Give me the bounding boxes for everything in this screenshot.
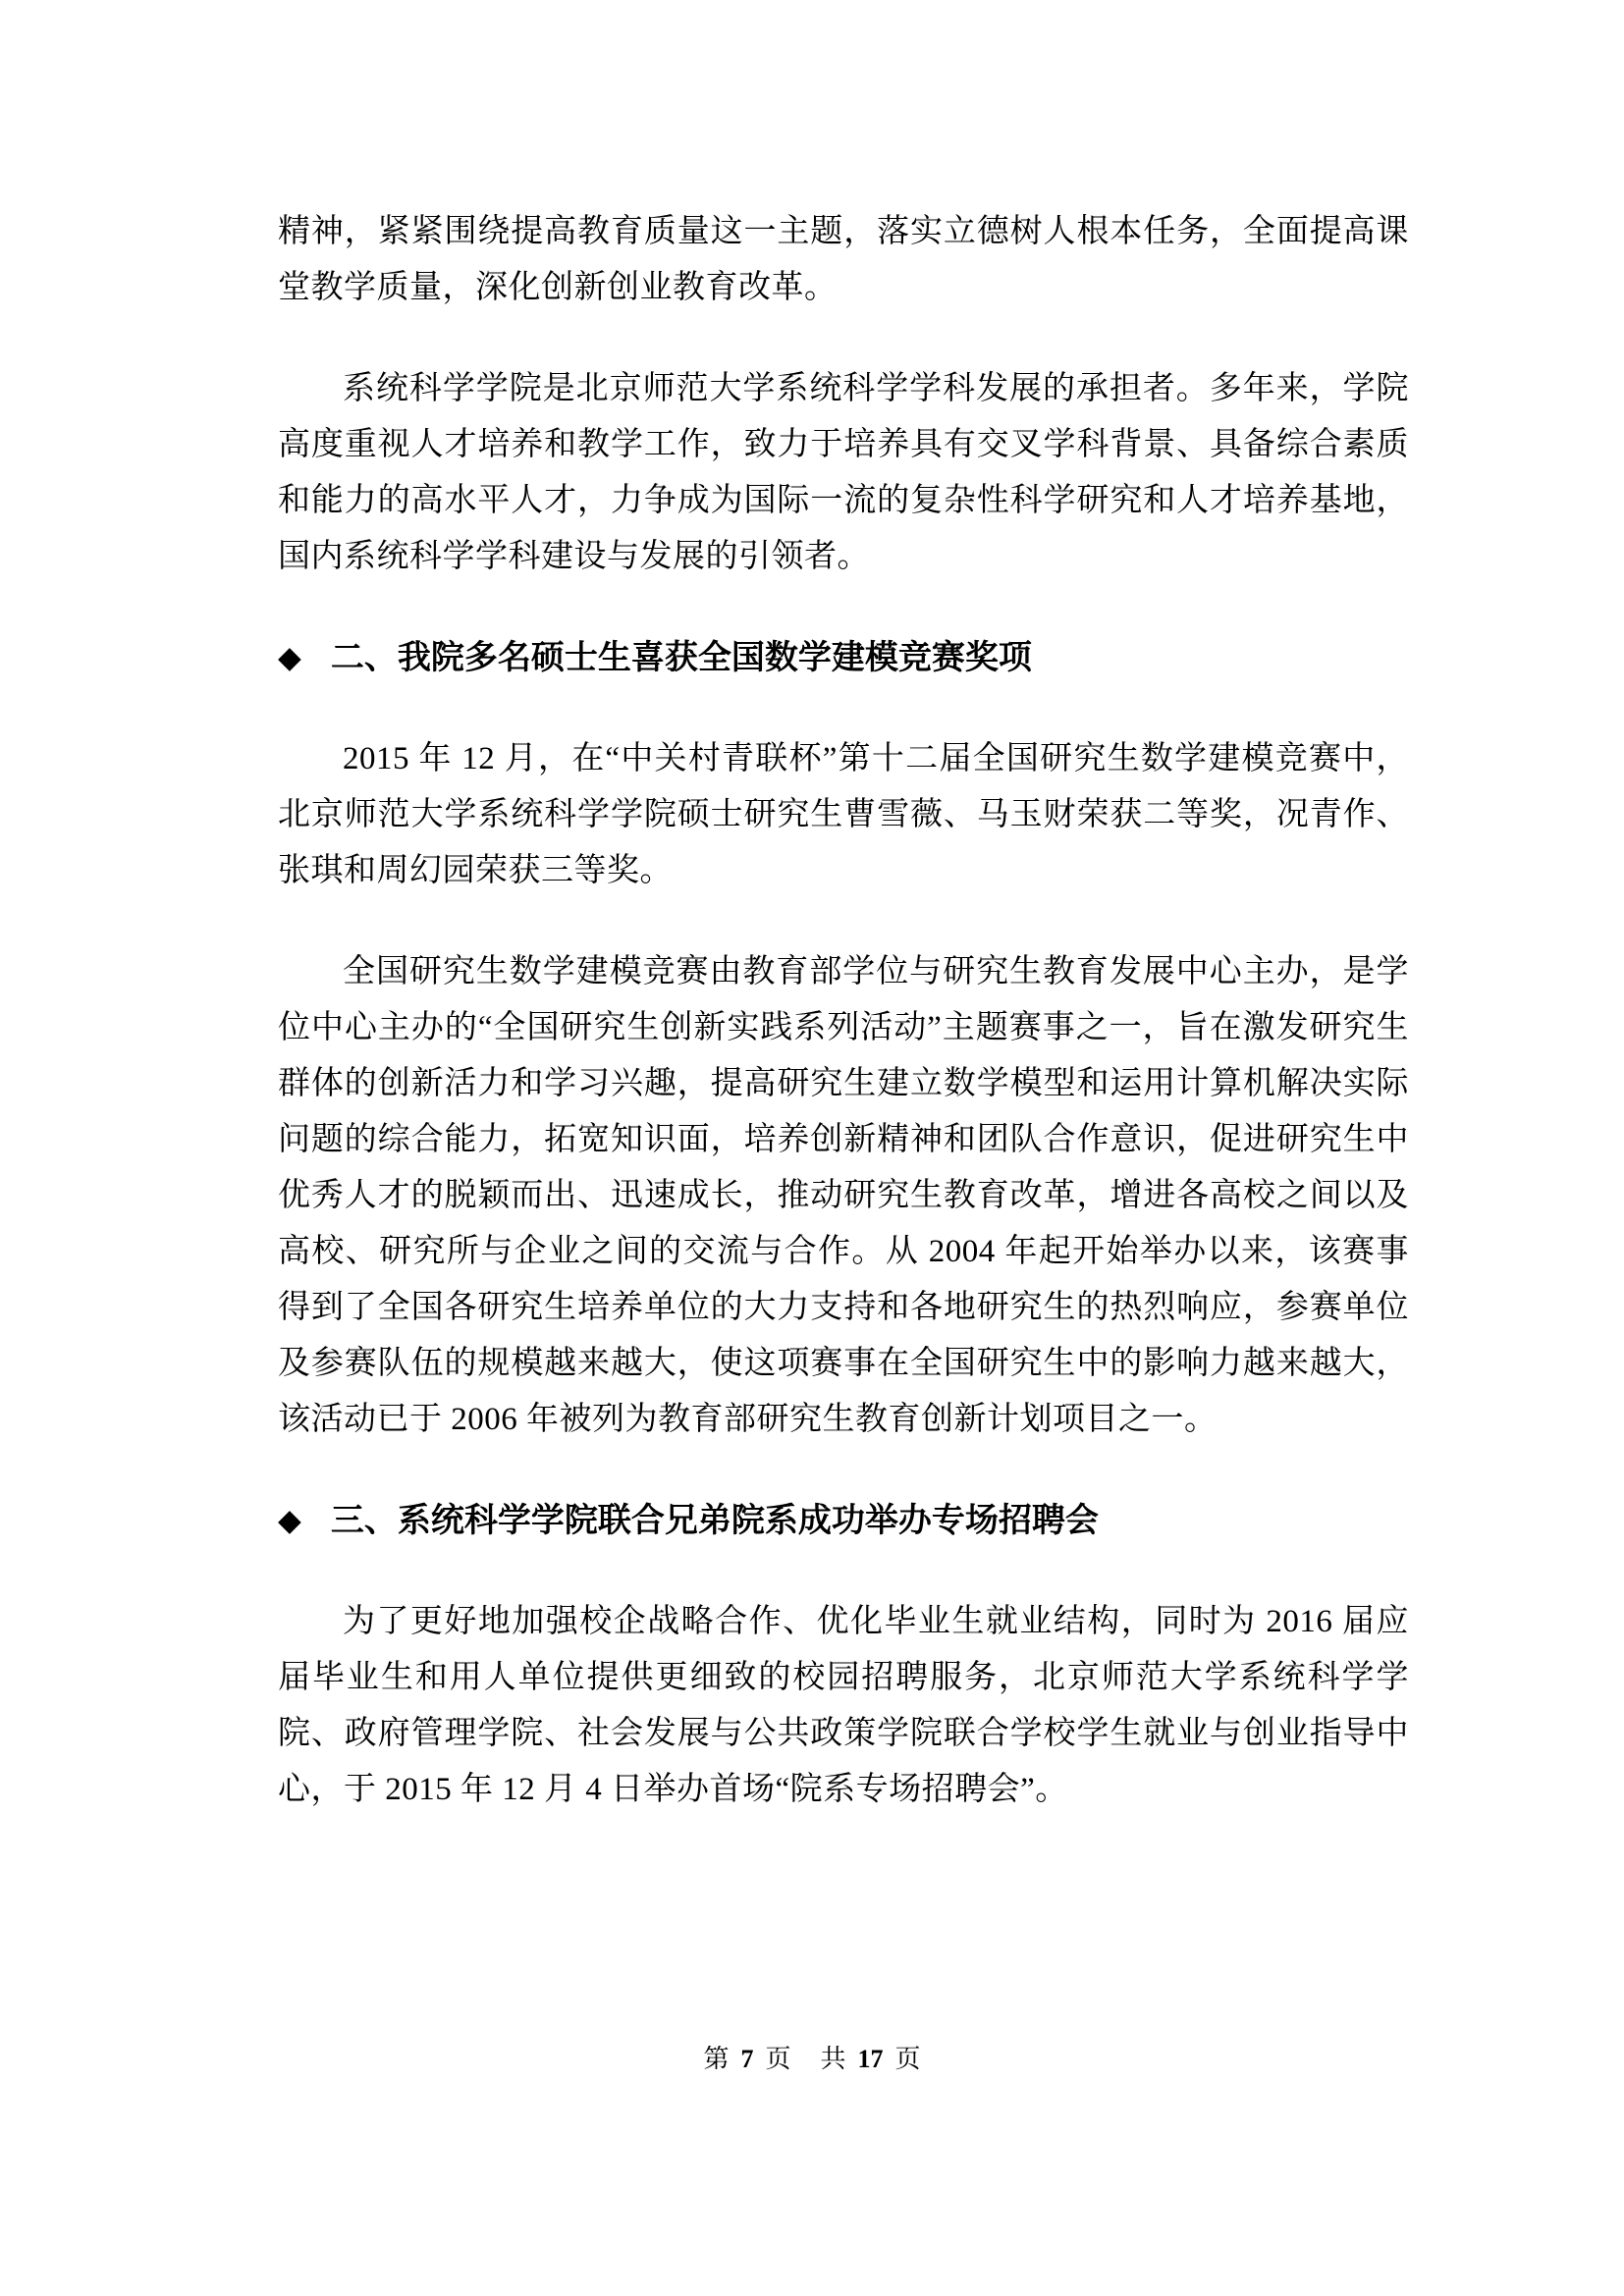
section-heading-text: 二、我院多名硕士生喜获全国数学建模竞赛奖项 xyxy=(331,640,1032,676)
footer-label: 第 xyxy=(703,2045,729,2073)
section-heading: ◆三、系统科学学院联合兄弟院系成功举办专场招聘会 xyxy=(278,1493,1409,1549)
section-heading-text: 三、系统科学学院联合兄弟院系成功举办专场招聘会 xyxy=(331,1503,1099,1539)
current-page-number: 7 xyxy=(740,2045,753,2073)
page-footer: 第7页共17页 xyxy=(0,2044,1624,2075)
diamond-bullet-icon: ◆ xyxy=(278,1492,301,1548)
footer-label: 页 xyxy=(895,2045,921,2073)
body-paragraph: 精神，紧紧围绕提高教育质量这一主题，落实立德树人根本任务，全面提高课堂教学质量，… xyxy=(278,204,1409,316)
body-paragraph: 为了更好地加强校企战略合作、优化毕业生就业结构，同时为 2016 届应届毕业生和… xyxy=(278,1594,1409,1818)
footer-label: 页 xyxy=(765,2045,790,2073)
document-page: 精神，紧紧围绕提高教育质量这一主题，落实立德树人根本任务，全面提高课堂教学质量，… xyxy=(0,0,1624,2296)
document-content: 精神，紧紧围绕提高教育质量这一主题，落实立德树人根本任务，全面提高课堂教学质量，… xyxy=(278,204,1409,1863)
body-paragraph: 2015 年 12 月，在“中关村青联杯”第十二届全国研究生数学建模竞赛中，北京… xyxy=(278,731,1409,899)
body-paragraph: 系统科学学院是北京师范大学系统科学学科发展的承担者。多年来，学院高度重视人才培养… xyxy=(278,361,1409,585)
total-pages-number: 17 xyxy=(858,2045,884,2073)
body-paragraph: 全国研究生数学建模竞赛由教育部学位与研究生教育发展中心主办，是学位中心主办的“全… xyxy=(278,944,1409,1448)
section-heading: ◆二、我院多名硕士生喜获全国数学建模竞赛奖项 xyxy=(278,630,1409,686)
diamond-bullet-icon: ◆ xyxy=(278,629,301,685)
footer-label: 共 xyxy=(821,2045,846,2073)
